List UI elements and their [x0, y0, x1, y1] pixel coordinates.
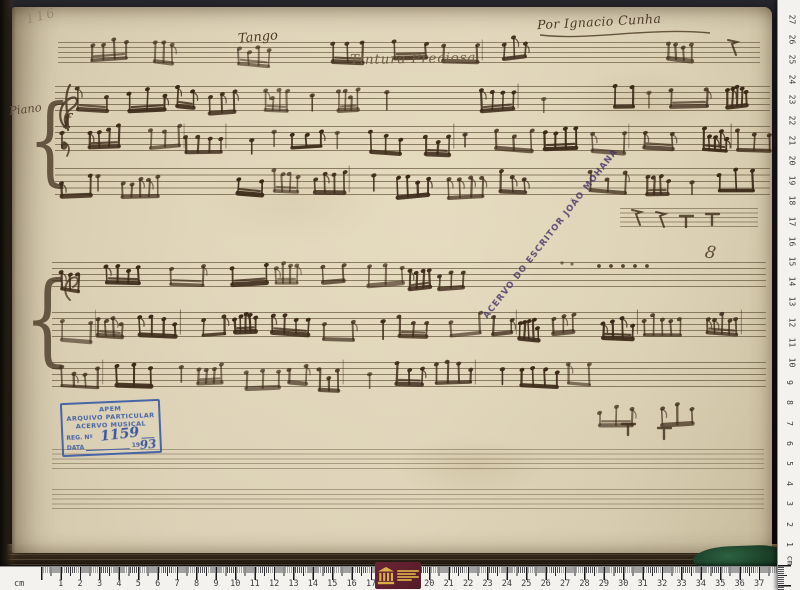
- ruler-number: 7: [175, 579, 180, 589]
- ruler-number: 6: [785, 441, 794, 446]
- ruler-number: 10: [230, 579, 240, 589]
- ruler-number: 34: [696, 579, 706, 589]
- ruler-number: 18: [787, 196, 796, 206]
- ruler-number: 30: [618, 579, 628, 589]
- ruler-number: 24: [787, 75, 796, 85]
- ruler-number: 23: [482, 579, 492, 589]
- ruler-number: 7: [785, 421, 794, 426]
- ruler-number: 14: [787, 277, 796, 287]
- ruler-number: 13: [288, 579, 298, 589]
- ruler-number: 10: [787, 358, 796, 368]
- ruler-number: 22: [787, 115, 796, 125]
- ruler-number: 9: [785, 380, 794, 385]
- ruler-number: 22: [463, 579, 473, 589]
- archive-registration-stamp: APEM ARQUIVO PARTICULAR ACERVO MUSICAL R…: [60, 399, 162, 457]
- paper-stain: [392, 437, 552, 497]
- dynamics-marking: f: [64, 110, 71, 129]
- ruler-number: 15: [327, 579, 337, 589]
- ruler-number: 37: [754, 579, 764, 589]
- ruler-number: 6: [155, 579, 160, 589]
- paper-stain: [192, 157, 392, 247]
- manuscript-page: [12, 7, 772, 553]
- ruler-number: 5: [785, 461, 794, 466]
- ruler-number: 31: [638, 579, 648, 589]
- ruler-unit-label: cm: [14, 579, 24, 589]
- building-icon: [377, 566, 395, 586]
- ruler-number: 13: [787, 297, 796, 307]
- ruler-number: 20: [424, 579, 434, 589]
- attribution-underline: [538, 26, 718, 42]
- date-label: DATA: [67, 444, 85, 452]
- ruler-number: 1: [785, 542, 794, 547]
- ruler-number: 36: [735, 579, 745, 589]
- paper-stain: [572, 67, 712, 137]
- manuscript-photo: { { 116 Por Ignacio Cunha Tango Tintura …: [0, 0, 800, 590]
- ruler-number: 25: [521, 579, 531, 589]
- ruler-number: 3: [97, 579, 102, 589]
- ruler-number: 2: [78, 579, 83, 589]
- ruler-number: 11: [787, 337, 796, 347]
- ruler-number: 9: [213, 579, 218, 589]
- ruler-number: 16: [787, 236, 796, 246]
- ruler-number: 25: [787, 55, 796, 65]
- book-spine-edge: [0, 0, 16, 590]
- ruler-number: 29: [599, 579, 609, 589]
- ruler-number: 17: [787, 216, 796, 226]
- ruler-number: 12: [787, 317, 796, 327]
- ruler-number: 20: [787, 156, 796, 166]
- stamp-border: APEM ARQUIVO PARTICULAR ACERVO MUSICAL R…: [60, 399, 162, 457]
- system-brace: {: [24, 250, 71, 389]
- ruler-number: 4: [785, 481, 794, 486]
- system-brace: {: [28, 74, 72, 208]
- ruler-number: 19: [787, 176, 796, 186]
- ruler-number: 26: [541, 579, 551, 589]
- ruler-number: 21: [787, 135, 796, 145]
- reg-label: REG. Nº: [66, 434, 93, 442]
- ruler-number: 28: [579, 579, 589, 589]
- ruler-number: 14: [308, 579, 318, 589]
- piece-title: Tintura Preciosa: [350, 50, 477, 68]
- ruler-number: 11: [250, 579, 260, 589]
- ruler-number: 8: [194, 579, 199, 589]
- ruler-number: 16: [347, 579, 357, 589]
- ruler-unit-label: cm: [785, 556, 794, 566]
- ruler-number: 3: [785, 501, 794, 506]
- ruler-number: 4: [116, 579, 121, 589]
- ruler-number: 21: [444, 579, 454, 589]
- date-year-handwritten: 93: [140, 440, 157, 450]
- ruler-number: 27: [560, 579, 570, 589]
- ruler-number: 26: [787, 34, 796, 44]
- ruler-number: 15: [787, 257, 796, 267]
- ruler-number: 27: [787, 14, 796, 24]
- ruler-number: 2: [785, 522, 794, 527]
- ruler-number: 32: [657, 579, 667, 589]
- vertical-ruler: 1234567891011121314151617181920212223242…: [777, 0, 800, 590]
- ruler-number: 24: [502, 579, 512, 589]
- logo-text-lines: [397, 570, 419, 581]
- ruler-number: 1: [58, 579, 63, 589]
- ruler-number: 23: [787, 95, 796, 105]
- ruler-number: 8: [785, 400, 794, 405]
- ruler-number: 5: [136, 579, 141, 589]
- archive-logo: [375, 562, 421, 589]
- ruler-number: 35: [715, 579, 725, 589]
- reg-number-handwritten: 1159: [100, 428, 140, 441]
- ruler-number: 12: [269, 579, 279, 589]
- ruler-number: 33: [676, 579, 686, 589]
